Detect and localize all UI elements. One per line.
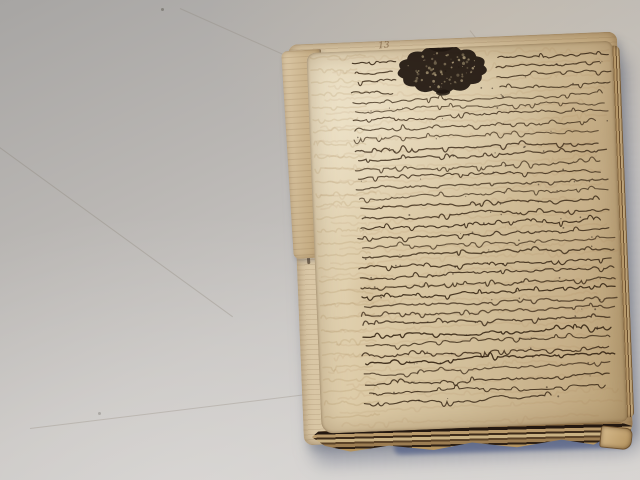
top-page [306, 41, 627, 434]
dust-speck [98, 412, 101, 415]
manuscript-stack: 13 [286, 28, 634, 453]
surface-scratch [30, 393, 318, 429]
worn-corner [599, 425, 633, 450]
scene-background: 13 [0, 0, 640, 480]
handwriting-lines [306, 41, 627, 434]
surface-scratch [0, 140, 233, 317]
ink-stamp [396, 41, 487, 98]
dust-speck [161, 8, 164, 11]
